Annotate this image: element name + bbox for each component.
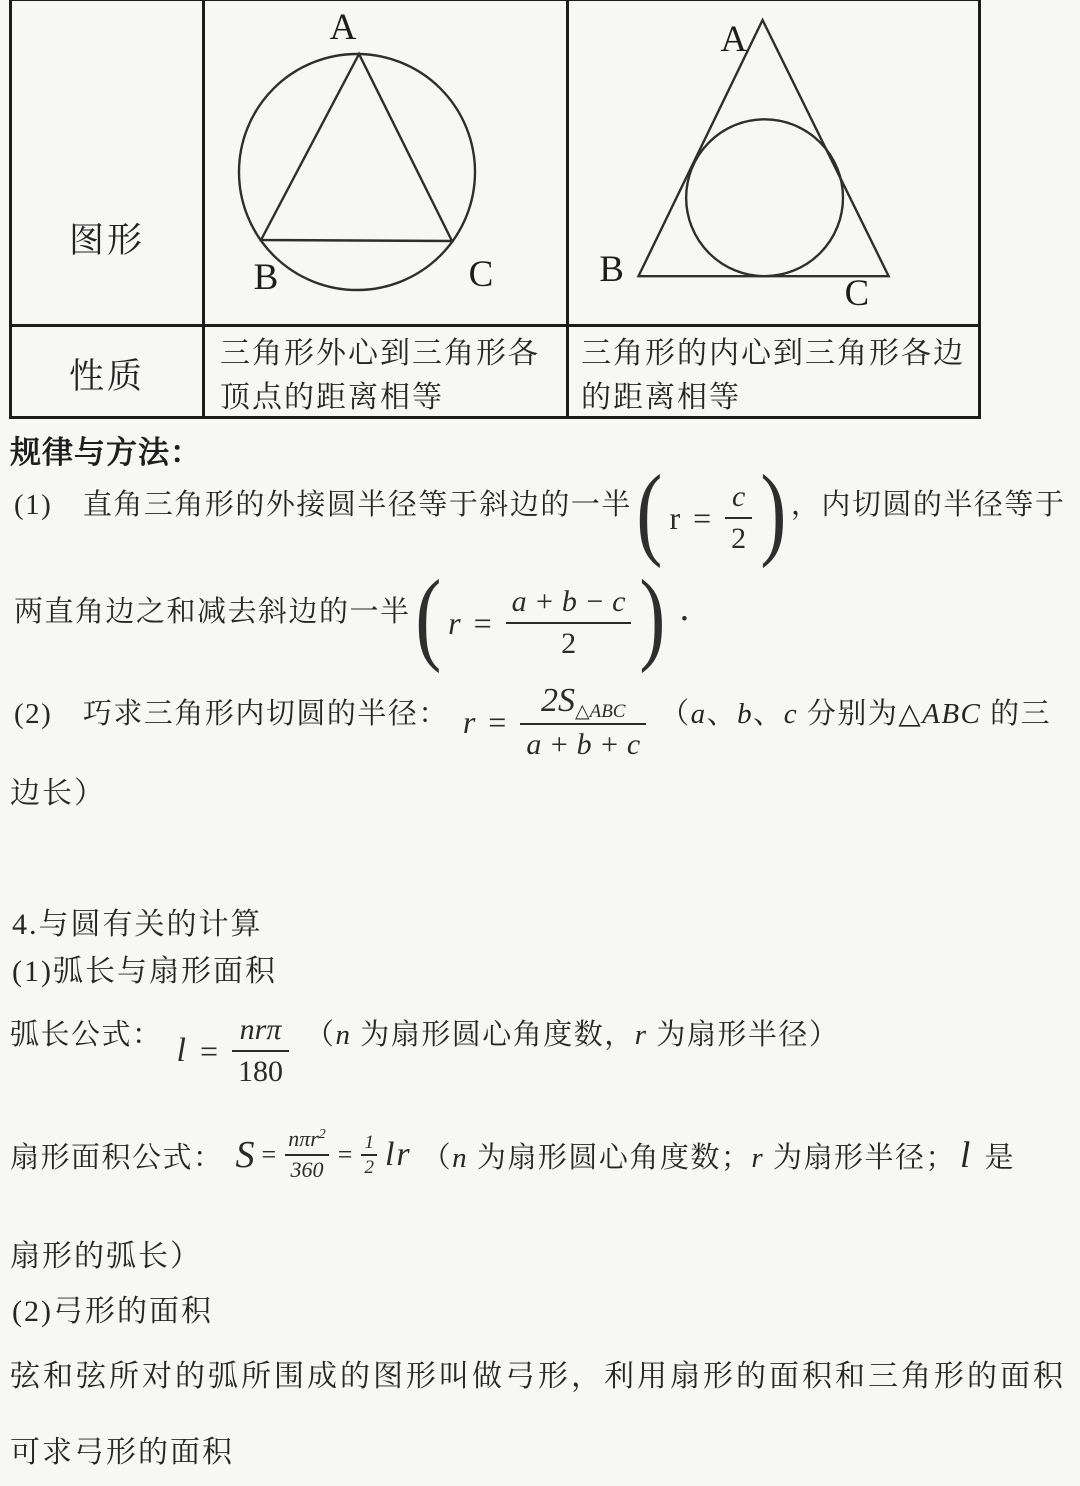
fraction-numerator: nπr2 [285, 1127, 329, 1152]
suffix-part: 是 [976, 1142, 1015, 1174]
circumscribed-diagram-cell: A B C [202, 1, 566, 324]
rule-1-line: (1) 直角三角形的外接圆半径等于斜边的一半 ( r = c 2 ) ，内切圆的… [14, 476, 1065, 560]
fraction-numerator: c [726, 480, 751, 514]
formula-lhs-r: r [463, 704, 475, 741]
arc-formula-suffix: （n 为扇形圆心角度数，r 为扇形半径） [305, 1012, 839, 1053]
equals-sign: = [262, 1140, 277, 1170]
suffix-part: （ [305, 1019, 336, 1051]
fraction-bar [520, 723, 646, 726]
var-r: r [635, 1019, 648, 1051]
suffix-part: （ [660, 698, 691, 730]
var-n: n [336, 1019, 352, 1051]
fraction-bar [725, 517, 752, 520]
rule-2-suffix: （a、b、c 分别为△ABC 的三 [660, 691, 1051, 732]
var-n: n [452, 1142, 468, 1174]
fraction-bar [361, 1154, 377, 1156]
fraction-denominator: 2 [361, 1157, 377, 1178]
vertex-label-a: A [330, 7, 357, 48]
sector-formula-suffix: （n 为扇形圆心角度数；r 为扇形半径；l 是 [422, 1134, 1015, 1177]
section-4-title: 4.与圆有关的计算 [12, 899, 263, 943]
fraction-numerator: 1 [361, 1132, 377, 1153]
rule-1-suffix: ，内切圆的半径等于 [791, 482, 1066, 523]
equals-sign: = [488, 704, 506, 741]
rule-1-line-2: 两直角边之和减去斜边的一半 ( r = a + b − c 2 ) · [14, 580, 691, 666]
var-c: c [784, 698, 798, 730]
sector-area-formula-line: 扇形面积公式： S = nπr2 360 = 1 2 lr （n 为扇形圆心角度… [10, 1122, 1015, 1188]
sector-formula-label: 扇形面积公式： [10, 1135, 224, 1176]
figure-label: 图形 [69, 213, 145, 324]
rule-1b-prefix: 两直角边之和减去斜边的一半 [14, 589, 411, 630]
var-r: r [751, 1142, 764, 1174]
fraction-numerator: a + b − c [506, 585, 632, 619]
rule-2-prefix: (2) 巧求三角形内切圆的半径： [14, 691, 449, 732]
fraction-denominator: 2 [555, 627, 582, 661]
table-row-label-property: 性质 [12, 324, 202, 416]
suffix-part: 为扇形半径； [764, 1142, 956, 1174]
property-circumscribed: 三角形外心到三角形各 顶点的距离相等 [202, 324, 566, 416]
close-paren: ) [761, 473, 787, 551]
segment-definition-continuation: 可求弓形的面积 [10, 1427, 234, 1471]
fraction-bar [285, 1154, 329, 1156]
sentence-dot: · [678, 597, 691, 641]
vertex-label-c: C [845, 272, 870, 313]
numerator-2s: 2S [541, 682, 575, 719]
vertex-label-c: C [469, 254, 494, 295]
fraction-denominator: 2 [725, 522, 752, 556]
geometry-table: 图形 A B C A B C 性质 三角形外心到三角形各 [9, 0, 981, 419]
inscribed-diagram-cell: A B C [566, 1, 978, 324]
outer-triangle-shape [638, 20, 888, 276]
suffix-part: 分别为 [798, 698, 898, 730]
fraction-denominator: 180 [232, 1055, 289, 1089]
fraction-numerator: nrπ [234, 1013, 288, 1047]
formula-lhs-r: r [669, 500, 680, 537]
open-paren: ( [415, 578, 441, 656]
fraction-one-half: 1 2 [361, 1132, 377, 1179]
triangle-abc: △ABC [898, 698, 981, 730]
arc-formula-label: 弧长公式： [10, 1012, 163, 1053]
rules-methods-heading: 规律与方法： [10, 427, 202, 472]
inscribed-circle-diagram: A B C [569, 1, 978, 324]
equals-sign: = [200, 1033, 218, 1070]
close-paren: ) [640, 578, 666, 656]
rule-2-continuation: 边长） [10, 768, 106, 812]
fraction-denominator: a + b + c [520, 728, 646, 762]
numerator-npir: nπr [288, 1126, 319, 1151]
section-4-sub-1: (1)弧长与扇形面积 [12, 946, 277, 990]
formula-lhs-l: l [177, 1032, 186, 1070]
fraction-nrpi-over-180: nrπ 180 [232, 1013, 289, 1089]
suffix-part: 为扇形半径） [648, 1019, 840, 1051]
fraction-numerator: 2S△ABC [535, 682, 632, 720]
document-page: 图形 A B C A B C 性质 三角形外心到三角形各 [0, 0, 1080, 1486]
fraction-c-over-2: c 2 [725, 480, 752, 556]
equals-sign: = [338, 1140, 353, 1170]
sector-formula-continuation: 扇形的弧长） [10, 1231, 202, 1275]
property-label: 性质 [69, 349, 145, 416]
numerator-subscript: △ABC [575, 701, 626, 722]
circumcircle-shape [239, 54, 475, 290]
circumscribed-circle-diagram: A B C [205, 1, 566, 324]
section-4-sub-2: (2)弓形的面积 [12, 1286, 213, 1330]
formula-lhs-s: S [236, 1133, 255, 1177]
property-inscribed: 三角形的内心到三角形各边 的距离相等 [566, 324, 978, 416]
var-l: l [960, 1135, 972, 1176]
suffix-part: 为扇形圆心角度数； [468, 1142, 751, 1174]
suffix-part: （ [422, 1142, 453, 1174]
suffix-part: 的三 [981, 698, 1051, 730]
equals-sign: = [693, 500, 711, 537]
rule-2-line: (2) 巧求三角形内切圆的半径： r = 2S△ABC a + b + c （a… [14, 681, 1051, 763]
suffix-part: 、 [753, 698, 784, 730]
property-text-line: 的距离相等 [581, 376, 978, 416]
rule-1-prefix: (1) 直角三角形的外接圆半径等于斜边的一半 [14, 482, 632, 523]
property-text-line: 三角形的内心到三角形各边 [581, 332, 978, 376]
fraction-npir2-over-360: nπr2 360 [285, 1127, 329, 1182]
fraction-bar [506, 622, 632, 625]
formula-lhs-r: r [448, 605, 460, 642]
vertex-label-b: B [254, 257, 279, 298]
arc-length-formula-line: 弧长公式： l = nrπ 180 （n 为扇形圆心角度数，r 为扇形半径） [10, 1009, 839, 1093]
fraction-abc-over-2: a + b − c 2 [506, 585, 632, 661]
suffix-part: 为扇形圆心角度数， [352, 1019, 635, 1051]
property-text-line: 三角形外心到三角形各 [220, 332, 566, 376]
fraction-bar [232, 1050, 289, 1053]
numerator-exponent: 2 [319, 1127, 326, 1142]
table-row-label-figure: 图形 [12, 1, 202, 324]
vertex-label-a: A [721, 18, 748, 59]
suffix-part: 、 [707, 698, 738, 730]
incircle-shape [686, 119, 843, 276]
segment-definition-paragraph: 弦和弦所对的弧所围成的图形叫做弓形，利用扇形的面积和三角形的面积 [10, 1351, 1066, 1395]
property-text-line: 顶点的距离相等 [220, 376, 566, 416]
fraction-2s-over-abc: 2S△ABC a + b + c [520, 682, 646, 762]
fraction-denominator: 360 [287, 1158, 326, 1183]
equals-sign: = [474, 605, 492, 642]
var-b: b [737, 698, 753, 730]
var-a: a [691, 698, 707, 730]
formula-lr: lr [385, 1136, 412, 1174]
vertex-label-b: B [599, 248, 624, 289]
inscribed-triangle-shape [261, 54, 452, 241]
open-paren: ( [636, 473, 662, 551]
